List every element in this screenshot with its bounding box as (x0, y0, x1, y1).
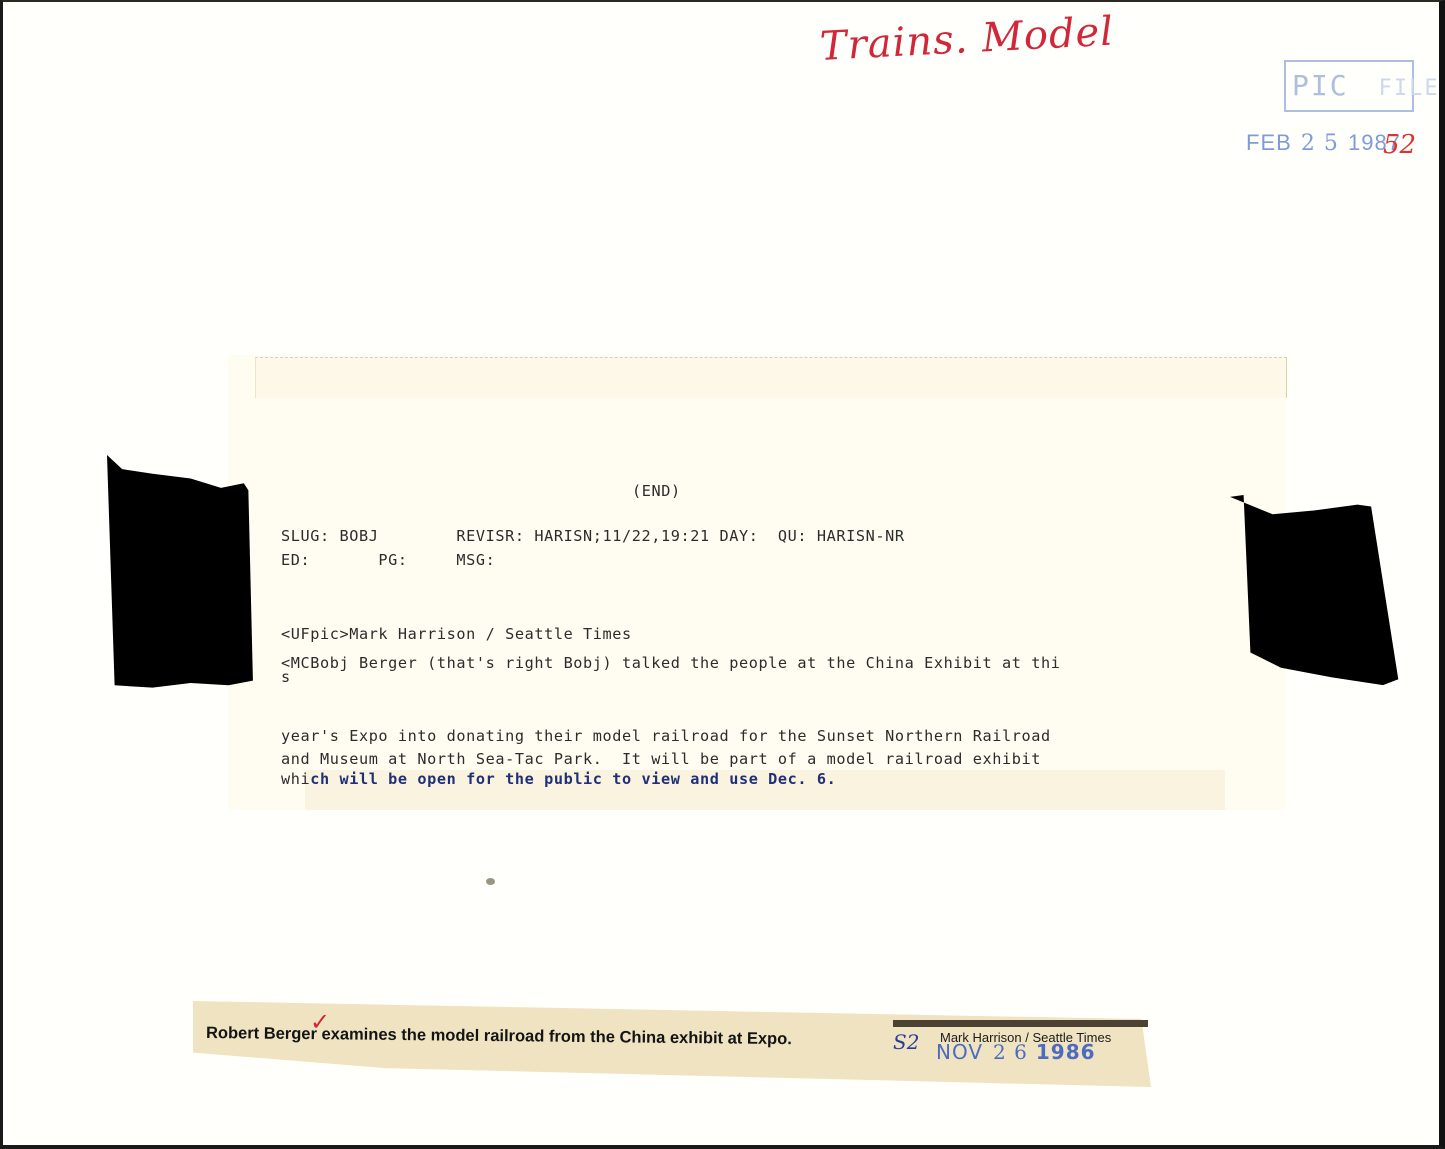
editor-header-line: ED: PG: MSG: (281, 551, 495, 569)
black-tape-left (107, 455, 259, 690)
body-line-2: <MCBobj Berger (that's right Bobj) talke… (281, 654, 1061, 672)
body-line-3: s (281, 668, 291, 686)
publication-day: 2 6 (993, 1040, 1028, 1064)
ink-smudge (486, 878, 495, 885)
received-month: FEB (1246, 130, 1292, 155)
caption-file-number: S2 (893, 1030, 919, 1054)
slug-header-line: SLUG: BOBJ REVISR: HARISN;11/22,19:21 DA… (281, 527, 905, 545)
printout-tape-strip (255, 357, 1287, 398)
pic-stamp-faded-text: FILE (1379, 76, 1440, 101)
body-line-6-highlight: ch will be open for the public to view a… (310, 770, 836, 788)
body-line-6: which will be open for the public to vie… (281, 770, 836, 788)
pic-file-stamp: PICFILE (1284, 60, 1414, 112)
body-line-1: <UFpic>Mark Harrison / Seattle Times (281, 625, 632, 643)
body-line-5: and Museum at North Sea-Tac Park. It wil… (281, 750, 1041, 768)
body-line-6-prefix: whi (281, 770, 310, 788)
publication-date-stamp: NOV2 61986 (936, 1040, 1096, 1064)
received-day: 2 5 (1301, 131, 1339, 156)
publication-year: 1986 (1036, 1040, 1096, 1064)
end-marker: (END) (632, 482, 681, 500)
red-check-mark-icon: ✓ (310, 1008, 330, 1036)
pic-stamp-text: PIC (1292, 69, 1349, 102)
body-line-4: year's Expo into donating their model ra… (281, 727, 1051, 745)
received-date-stamp: FEB 2 5 1987 (1246, 130, 1401, 156)
handwritten-file-number: 52 (1383, 130, 1416, 160)
clipping-rule-bar (893, 1020, 1148, 1027)
publication-month: NOV (936, 1040, 983, 1064)
